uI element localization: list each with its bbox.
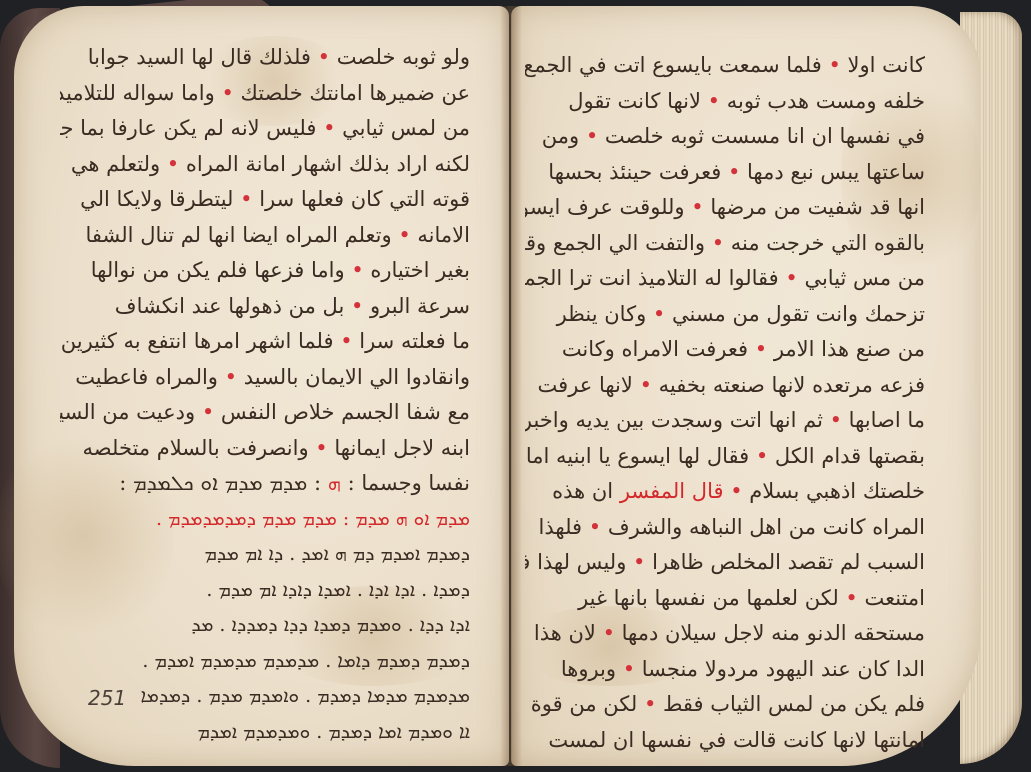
rubric-text: ܗ — [328, 471, 341, 495]
red-verse-dot: • — [691, 195, 703, 219]
red-verse-dot: • — [323, 116, 335, 140]
red-verse-dot: • — [586, 124, 598, 148]
text-line-syriac: ܕܡܕܐ . ܐܕܐ ܐܕܐ . ܐܡܕܐ ܕܐܕܐ ܐܡ ܡܕܡ . — [60, 573, 470, 609]
text-line: من صنع هذا الامر • فعرفت الامراه وكانت — [525, 332, 925, 368]
red-verse-dot: • — [830, 408, 842, 432]
text-line: بقصتها قدام الكل • فقال لها ايسوع يا ابن… — [525, 439, 925, 475]
text-line: ما اصابها • ثم انها اتت وسجدت بين يديه و… — [525, 403, 925, 439]
red-verse-dot: • — [730, 479, 742, 503]
red-verse-dot: • — [653, 302, 665, 326]
text-line: كانت اولا • فلما سمعت بايسوع اتت في الجم… — [525, 48, 925, 84]
red-verse-dot: • — [828, 53, 840, 77]
red-verse-dot: • — [633, 550, 645, 574]
red-verse-dot: • — [340, 329, 352, 353]
text-line: المراه كانت من اهل النباهه والشرف • فلهذ… — [525, 510, 925, 546]
red-verse-dot: • — [728, 160, 740, 184]
red-verse-dot: • — [221, 81, 233, 105]
red-verse-dot: • — [225, 365, 237, 389]
text-line: مستحقه الدنو منه لاجل سيلان دمها • لان ه… — [525, 616, 925, 652]
text-line: بغير اختياره • واما فزعها فلم يكن من نوا… — [60, 253, 470, 289]
text-line-with-rubric: خلصتك اذهبي بسلام • قال المفسر ان هذه — [525, 474, 925, 510]
text-line: من لمس ثيابي • فليس لانه لم يكن عارفا بم… — [60, 111, 470, 147]
text-line: امتنعت • لكن لعلمها من نفسها بانها غير — [525, 581, 925, 617]
red-verse-dot: • — [351, 258, 363, 282]
red-verse-dot: • — [640, 373, 652, 397]
right-page-text: كانت اولا • فلما سمعت بايسوع اتت في الجم… — [525, 48, 925, 758]
red-verse-dot: • — [623, 657, 635, 681]
red-verse-dot: • — [845, 586, 857, 610]
folio-number: 251 — [88, 686, 126, 710]
text-line: الامانه • وتعلم المراه ايضا انها لم تنال… — [60, 218, 470, 254]
red-verse-dot: • — [712, 231, 724, 255]
text-line: مع شفا الجسم خلاص النفس • ودعيت من السيد — [60, 395, 470, 431]
text-line: السبب لم تقصد المخلص ظاهرا • وليس لهذا ف… — [525, 545, 925, 581]
red-verse-dot: • — [603, 621, 615, 645]
left-page-text: ولو ثوبه خلصت • فلذلك قال لها السيد جواب… — [60, 40, 470, 750]
text-line-syriac: ܕܡܕܡ ܐܡܕܡ ܕܡ ܗ ܐܡܕ . ܕܐ ܐܡ ܡܕܡ — [60, 537, 470, 573]
red-verse-dot: • — [318, 45, 330, 69]
rubric-text: قال المفسر — [620, 479, 724, 503]
red-verse-dot: • — [708, 89, 720, 113]
text-line: من مس ثيابي • فقالوا له التلاميذ انت ترا… — [525, 261, 925, 297]
text-line-syriac: ܐܐ ܘܡܕܡ ܐܡܐ ܕܡܕܡ . ܘܡܕܡܕܡ ܐܡܕܡ — [60, 715, 470, 751]
text-line: لكنه اراد بذلك اشهار امانة المراه • ولتع… — [60, 147, 470, 183]
text-line-mixed-rubric: نفسا وجسما : ܗ : ܡܕܡ ܡܕܡ ܐܘ ܟܠܡܕܡ : — [60, 466, 470, 502]
text-line: قوته التي كان فعلها سرا • ليتطرقا ولايكا… — [60, 182, 470, 218]
text-line: ولو ثوبه خلصت • فلذلك قال لها السيد جواب… — [60, 40, 470, 76]
text-line: فزعه مرتعده لانها صنعته بخفيه • لانها عر… — [525, 368, 925, 404]
text-line-syriac: ܐܕܐ ܕܕܐ . ܘܡܕܡ ܕܡܕܐ ܕܕܐ ܕܡܕܕܐ . ܡܕ — [60, 608, 470, 644]
red-verse-dot: • — [315, 436, 327, 460]
text-line: سرعة البرو • بل من ذهولها عند انكشاف — [60, 289, 470, 325]
text-line: الدا كان عند اليهود مردولا منجسا • وبروه… — [525, 652, 925, 688]
text-line: ساعتها يبس نبع دمها • فعرفت حينئذ بحسها — [525, 155, 925, 191]
text-line: انها قد شفيت من مرضها • وللوقت عرف ايسوع — [525, 190, 925, 226]
text-line: ما فعلته سرا • فلما اشهر امرها انتفع به … — [60, 324, 470, 360]
text-line: تزحمك وانت تقول من مسني • وكان ينظر — [525, 297, 925, 333]
red-verse-dot: • — [167, 152, 179, 176]
text-line-rubric: ܡܕܡ ܐܘ ܗ ܡܕܡ : ܡܕܡ ܡܕܡ ܕܡܕܡܕܡܕܡ . — [60, 502, 470, 538]
book-gutter — [500, 6, 522, 766]
text-line: في نفسها ان انا مسست ثوبه خلصت • ومن — [525, 119, 925, 155]
red-verse-dot: • — [589, 515, 601, 539]
text-line: فلم يكن من لمس الثياب فقط • لكن من قوة — [525, 687, 925, 723]
red-verse-dot: • — [202, 400, 214, 424]
open-manuscript: ولو ثوبه خلصت • فلذلك قال لها السيد جواب… — [0, 0, 1031, 772]
text-line-syriac: ܕܡܕܡ ܕܡܕܡ ܕܐܡܐ . ܡܕܡܕܡ ܡܕܡܕܡ ܐܡܕܡ . — [60, 644, 470, 680]
red-verse-dot: • — [240, 187, 252, 211]
red-verse-dot: • — [755, 337, 767, 361]
red-verse-dot: • — [756, 444, 768, 468]
text-line: خلفه ومست هدب ثوبه • لانها كانت تقول — [525, 84, 925, 120]
red-verse-dot: • — [785, 266, 797, 290]
text-line: بالقوه التي خرجت منه • والتفت الي الجمع … — [525, 226, 925, 262]
text-line: عن ضميرها امانتك خلصتك • واما سواله للتل… — [60, 76, 470, 112]
red-verse-dot: • — [398, 223, 410, 247]
red-verse-dot: • — [351, 294, 363, 318]
text-line: امانتها لانها كانت قالت في نفسها ان لمست — [525, 723, 925, 759]
text-line: وانقادوا الي الايمان بالسيد • والمراه فا… — [60, 360, 470, 396]
red-verse-dot: • — [644, 692, 656, 716]
text-line: ابنه لاجل ايمانها • وانصرفت بالسلام متخل… — [60, 431, 470, 467]
